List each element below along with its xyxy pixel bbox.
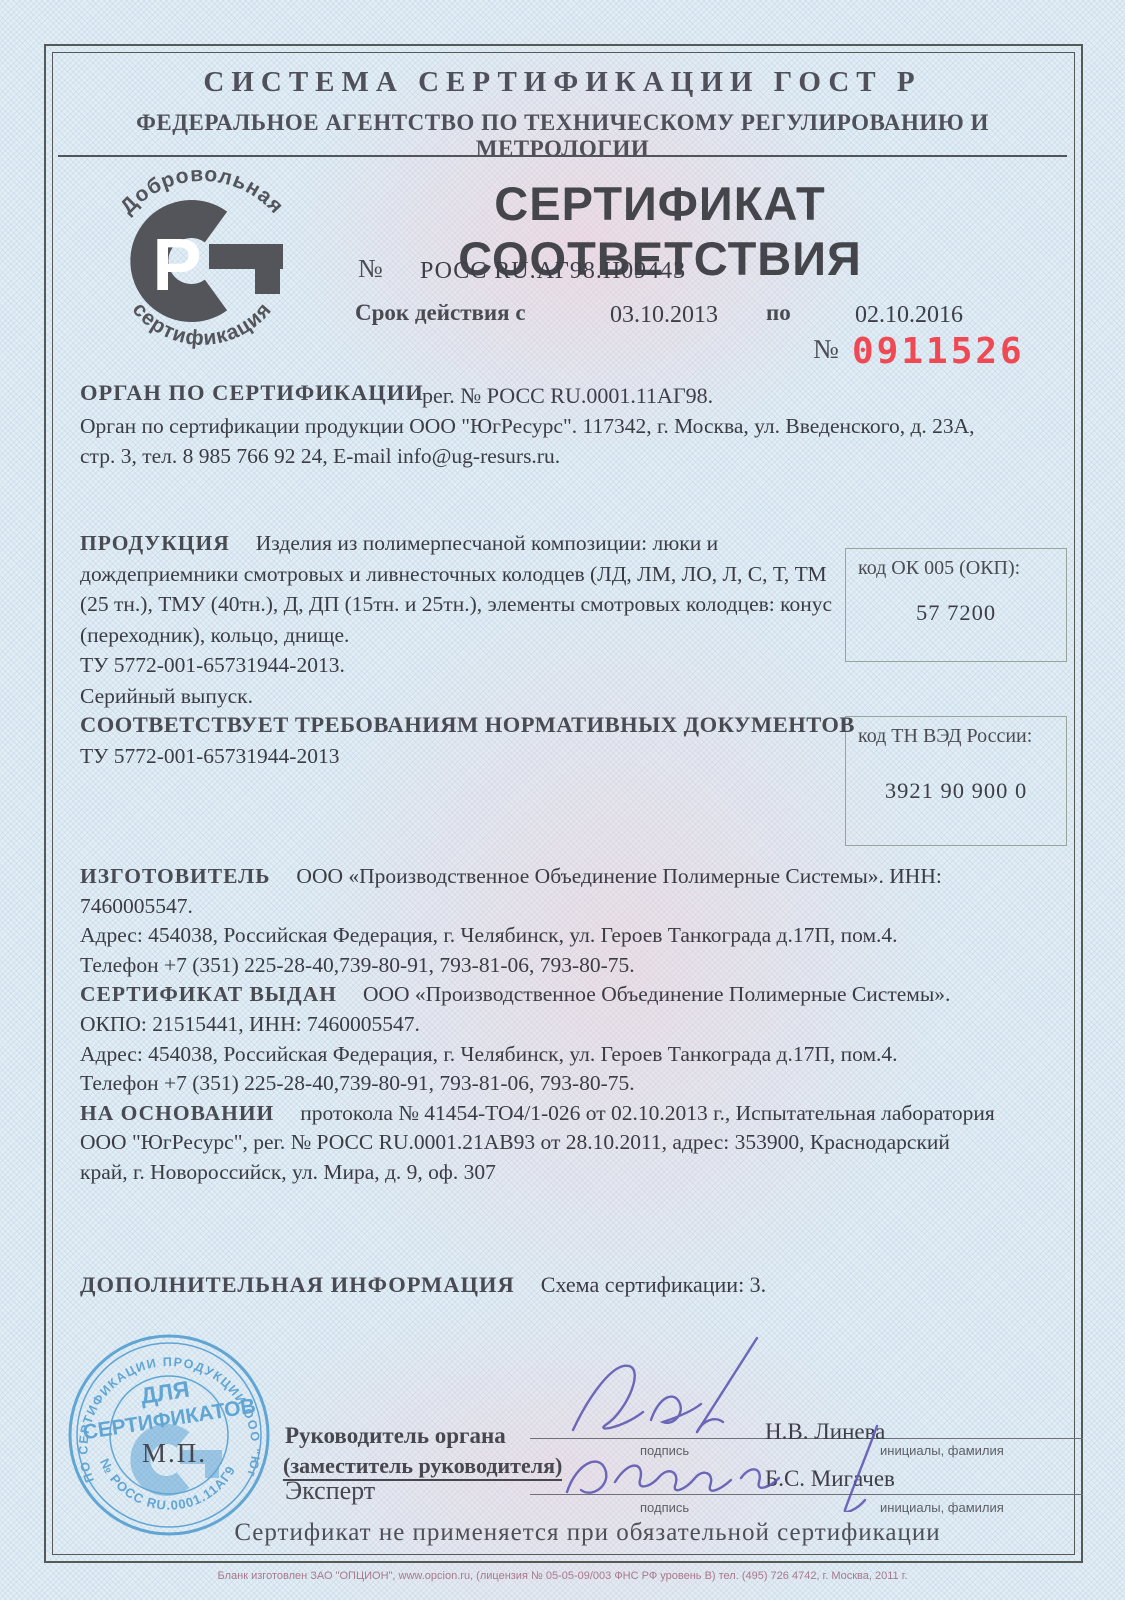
valid-to-label: по [766,300,791,326]
details-line: Телефон +7 (351) 225-28-40,739-80-91, 79… [80,1069,1080,1099]
product-line: Серийный выпуск. [80,681,1070,712]
form-number-label: № [813,334,839,365]
details-line: Адрес: 454038, Российская Федерация, г. … [80,1040,1080,1070]
valid-from-date: 03.10.2013 [610,302,718,329]
basis-label: НА ОСНОВАНИИ [80,1101,274,1125]
okp-code-box: код ОК 005 (ОКП): 57 7200 [845,548,1067,662]
details-line: протокола № 41454-ТО4/1-026 от 02.10.201… [300,1101,995,1125]
details-line: 7460005547. [80,892,1080,922]
conformity-label: СООТВЕТСТВУЕТ ТРЕБОВАНИЯМ НОРМАТИВНЫХ ДО… [80,712,855,738]
details-line: ООО "ЮгРесурс", рег. № РОСС RU.0001.21АВ… [80,1128,1080,1158]
valid-to-date: 02.10.2016 [855,302,963,329]
details-section: ИЗГОТОВИТЕЛЬООО «Производственное Объеди… [80,862,1080,1188]
rst-voluntary-certification-logo: Добровольная сертификация Р [85,160,320,365]
tnved-code-value: 3921 90 900 0 [846,778,1066,804]
cert-number-label: № [358,254,383,284]
certification-body-label: ОРГАН ПО СЕРТИФИКАЦИИ [80,380,424,406]
rst-mark: Р [149,219,283,306]
details-line: Адрес: 454038, Российская Федерация, г. … [80,921,1080,951]
tnved-code-label: код ТН ВЭД России: [846,717,1066,748]
certification-stamp: ОРГАН ПО СЕРТИФИКАЦИИ ПРОДУКЦИИ ООО "ЮгР… [42,1308,297,1563]
details-line: ООО «Производственное Объединение Полиме… [363,982,950,1006]
manufacturer-label: ИЗГОТОВИТЕЛЬ [80,864,270,888]
additional-info-label: ДОПОЛНИТЕЛЬНАЯ ИНФОРМАЦИЯ [80,1272,515,1297]
head-role-line1: Руководитель органа [285,1423,506,1449]
validity-label: Срок действия с [355,300,526,326]
details-line: Телефон +7 (351) 225-28-40,739-80-91, 79… [80,951,1080,981]
conformity-value: ТУ 5772-001-65731944-2013 [80,744,339,769]
header-divider [58,155,1067,157]
rst-mark-letter: Р [152,223,201,306]
blank-maker-fine-print: Бланк изготовлен ЗАО "ОПЦИОН", www.opcio… [0,1570,1125,1582]
cert-number-value: РОСС RU.АГ98.Н09443 [420,258,686,285]
additional-info-text: Схема сертификации: 3. [541,1272,766,1297]
form-number-value: 0911526 [852,331,1025,372]
certificate-page: СИСТЕМА СЕРТИФИКАЦИИ ГОСТ Р ФЕДЕРАЛЬНОЕ … [0,0,1125,1600]
certification-body-line: Орган по сертификации продукции ООО "ЮгР… [80,412,1080,442]
system-title: СИСТЕМА СЕРТИФИКАЦИИ ГОСТ Р [60,66,1065,99]
okp-code-label: код ОК 005 (ОКП): [846,549,1066,580]
expert-role: Эксперт [285,1476,375,1506]
product-line: Изделия из полимерпесчаной композиции: л… [256,531,718,555]
additional-info: ДОПОЛНИТЕЛЬНАЯ ИНФОРМАЦИЯСхема сертифика… [80,1272,766,1298]
okp-code-value: 57 7200 [846,600,1066,626]
tnved-code-box: код ТН ВЭД России: 3921 90 900 0 [845,716,1067,846]
details-line: ООО «Производственное Объединение Полиме… [296,864,941,888]
details-line: ОКПО: 21515441, ИНН: 7460005547. [80,1010,1080,1040]
stamp-place-mark: М.П. [142,1438,207,1469]
expert-signature-autograph [545,1420,955,1512]
details-line: край, г. Новороссийск, ул. Мира, д. 9, о… [80,1158,1080,1188]
issued-to-label: СЕРТИФИКАТ ВЫДАН [80,982,337,1006]
certification-body-address: Орган по сертификации продукции ООО "ЮгР… [80,412,1080,471]
certification-body-line: стр. 3, тел. 8 985 766 92 24, E-mail inf… [80,442,1080,472]
product-label: ПРОДУКЦИЯ [80,531,230,555]
certification-body-reg: рег. № РОСС RU.0001.11АГ98. [422,383,713,409]
